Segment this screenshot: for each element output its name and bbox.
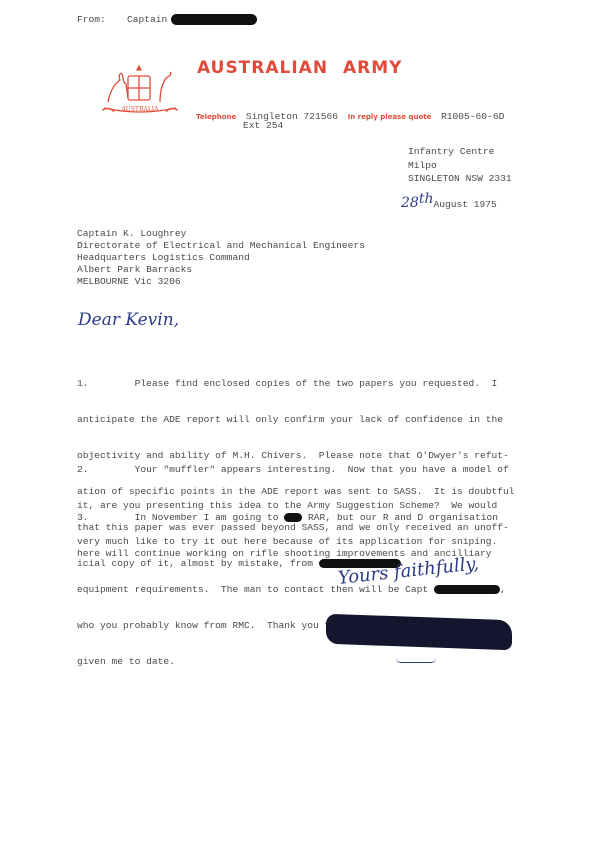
redacted-contact-name	[434, 585, 500, 594]
sender-address-line: SINGLETON NSW 2331	[408, 172, 512, 186]
recipient-line: Headquarters Logistics Command	[77, 252, 365, 264]
from-rank: Captain	[127, 14, 167, 25]
date-month-year: August 1975	[433, 199, 496, 210]
signature-stroke	[396, 658, 436, 663]
salutation: Dear Kevin,	[78, 310, 179, 330]
recipient-line: MELBOURNE Vic 3206	[77, 276, 365, 288]
paragraph-line: equipment requirements. The man to conta…	[77, 584, 428, 595]
paragraph-line: Your "muffler" appears interesting. Now …	[135, 464, 509, 475]
letterhead-title: AUSTRALIAN ARMY	[197, 58, 402, 78]
paragraph-line: given me to date.	[77, 656, 547, 668]
date-day-handwritten: 28	[401, 195, 419, 211]
sender-address-line: Infantry Centre	[408, 145, 512, 159]
paragraph-number: 2.	[77, 464, 89, 475]
paragraph-line: Please find enclosed copies of the two p…	[135, 378, 498, 389]
paragraph-line: anticipate the ADE report will only conf…	[77, 414, 547, 426]
redacted-battalion	[284, 513, 302, 522]
date-suffix: th	[419, 191, 434, 207]
reference-number: R1005-60-6D	[441, 111, 504, 122]
coat-of-arms-icon: AUSTRALIA	[100, 62, 180, 120]
reply-quote-label: In reply please quote	[348, 113, 432, 121]
letter-date: 28thAugust 1975	[401, 191, 497, 211]
crest-label: AUSTRALIA	[120, 106, 159, 113]
paragraph-line: In November I am going to	[135, 512, 279, 523]
recipient-line: Albert Park Barracks	[77, 264, 365, 276]
sender-address: Infantry Centre Milpo SINGLETON NSW 2331	[408, 145, 512, 186]
redacted-sender-name	[171, 14, 257, 25]
telephone-extension: Ext 254	[243, 120, 283, 131]
paragraph-line: RAR, but our R and D organisation	[308, 512, 498, 523]
paragraph-number: 1.	[77, 378, 89, 389]
from-line: From:Captain	[77, 14, 257, 25]
sender-address-line: Milpo	[408, 159, 512, 173]
recipient-line: Captain K. Loughrey	[77, 228, 365, 240]
from-label: From:	[77, 14, 127, 25]
recipient-address: Captain K. Loughrey Directorate of Elect…	[77, 228, 365, 288]
paragraph-3: 3. In November I am going to RAR, but ou…	[77, 488, 547, 680]
telephone-label: Telephone	[196, 113, 236, 121]
recipient-line: Directorate of Electrical and Mechanical…	[77, 240, 365, 252]
paragraph-number: 3.	[77, 512, 89, 523]
